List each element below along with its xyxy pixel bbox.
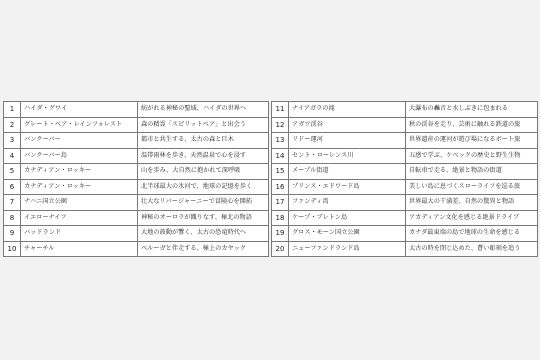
row-number: 8 — [4, 210, 21, 226]
destination-description: 秋の渓谷を走り、芸術に触れる鉄道の旅 — [406, 117, 538, 133]
destination-name: ファンディ湾 — [289, 195, 406, 211]
table-row: 15メープル街道自転車で走る、絶景と物語の街道 — [272, 164, 538, 180]
destinations-table-right: 11ナイアガラの滝大瀑布の轟音と水しぶきに包まれる12アガワ渓谷秋の渓谷を走り、… — [271, 101, 538, 257]
destination-description: 美しい島に息づくスローライフを巡る旅 — [406, 179, 538, 195]
destination-name: ニューファンドランド島 — [289, 241, 406, 257]
destinations-table-left: 1ハイダ・グワイ紡がれる神秘の聖域、ハイダの世界へ2グレート・ベア・レインフォレ… — [3, 101, 269, 257]
destination-name: ナイアガラの滝 — [289, 102, 406, 118]
destination-description: 太古の時を閉じ込めた、蒼い彫刻を追う — [406, 241, 538, 257]
destination-name: ナハニ国立公園 — [21, 195, 138, 211]
table-row: 10チャーチルベルーガと伴走する、極上のカヤック — [4, 241, 269, 257]
destination-description: 壮大なリバージャーニーで冒険心を開拓 — [138, 195, 269, 211]
destination-name: イエローナイフ — [21, 210, 138, 226]
table-row: 18ケープ・ブレトン島アカディアン文化を感じる絶景ドライブ — [272, 210, 538, 226]
destination-description: 紡がれる神秘の聖域、ハイダの世界へ — [138, 102, 269, 118]
table-row: 6カナディアン・ロッキー北半球最大の氷河で、地球の記憶を歩く — [4, 179, 269, 195]
destination-name: ケープ・ブレトン島 — [289, 210, 406, 226]
table-row: 20ニューファンドランド島太古の時を閉じ込めた、蒼い彫刻を追う — [272, 241, 538, 257]
table-row: 1ハイダ・グワイ紡がれる神秘の聖域、ハイダの世界へ — [4, 102, 269, 118]
row-number: 7 — [4, 195, 21, 211]
destination-description: 大地の鼓動が響く、太古の恐竜時代へ — [138, 226, 269, 242]
table-row: 17ファンディ湾世界最大の干満差、自然の驚異と物語 — [272, 195, 538, 211]
destination-name: バッドランド — [21, 226, 138, 242]
row-number: 3 — [4, 133, 21, 149]
destination-name: ハイダ・グワイ — [21, 102, 138, 118]
table-row: 8イエローナイフ神秘のオーロラが織りなす、極北の物語 — [4, 210, 269, 226]
destination-description: 大瀑布の轟音と水しぶきに包まれる — [406, 102, 538, 118]
row-number: 14 — [272, 148, 289, 164]
destination-name: リドー運河 — [289, 133, 406, 149]
row-number: 16 — [272, 179, 289, 195]
row-number: 19 — [272, 226, 289, 242]
destination-name: グロス・モーン国立公園 — [289, 226, 406, 242]
row-number: 2 — [4, 117, 21, 133]
row-number: 15 — [272, 164, 289, 180]
row-number: 11 — [272, 102, 289, 118]
table-row: 16プリンス・エドワード島美しい島に息づくスローライフを巡る旅 — [272, 179, 538, 195]
destination-description: 山を歩み、大自然に抱かれて深呼吸 — [138, 164, 269, 180]
destination-description: 温帯雨林を歩き、天然温泉で心を浸す — [138, 148, 269, 164]
table-row: 4バンクーバー島温帯雨林を歩き、天然温泉で心を浸す — [4, 148, 269, 164]
destination-description: 神秘のオーロラが織りなす、極北の物語 — [138, 210, 269, 226]
destination-name: グレート・ベア・レインフォレスト — [21, 117, 138, 133]
table-row: 7ナハニ国立公園壮大なリバージャーニーで冒険心を開拓 — [4, 195, 269, 211]
table-row: 5カナディアン・ロッキー山を歩み、大自然に抱かれて深呼吸 — [4, 164, 269, 180]
row-number: 13 — [272, 133, 289, 149]
row-number: 20 — [272, 241, 289, 257]
table-row: 11ナイアガラの滝大瀑布の轟音と水しぶきに包まれる — [272, 102, 538, 118]
destination-name: アガワ渓谷 — [289, 117, 406, 133]
table-row: 2グレート・ベア・レインフォレスト森の精霊「スピリットベア」と出会う — [4, 117, 269, 133]
destination-name: バンクーバー島 — [21, 148, 138, 164]
table-row: 14セント・ローレンス川五感で学ぶ、ケベックの歴史と野生生物 — [272, 148, 538, 164]
destination-name: カナディアン・ロッキー — [21, 179, 138, 195]
destination-description: 世界最大の干満差、自然の驚異と物語 — [406, 195, 538, 211]
destination-description: 自転車で走る、絶景と物語の街道 — [406, 164, 538, 180]
row-number: 17 — [272, 195, 289, 211]
destination-name: セント・ローレンス川 — [289, 148, 406, 164]
destination-description: 世界遺産の運河が遊び場になるボート旅 — [406, 133, 538, 149]
table-row: 12アガワ渓谷秋の渓谷を走り、芸術に触れる鉄道の旅 — [272, 117, 538, 133]
row-number: 12 — [272, 117, 289, 133]
destination-name: チャーチル — [21, 241, 138, 257]
row-number: 4 — [4, 148, 21, 164]
row-number: 5 — [4, 164, 21, 180]
row-number: 9 — [4, 226, 21, 242]
table-row: 19グロス・モーン国立公園カナダ最東端の島で地球の生命を感じる — [272, 226, 538, 242]
destination-name: プリンス・エドワード島 — [289, 179, 406, 195]
destination-description: カナダ最東端の島で地球の生命を感じる — [406, 226, 538, 242]
table-row: 9バッドランド大地の鼓動が響く、太古の恐竜時代へ — [4, 226, 269, 242]
destination-description: 北半球最大の氷河で、地球の記憶を歩く — [138, 179, 269, 195]
table-row: 3バンクーバー都市と共生する、太古の森と巨木 — [4, 133, 269, 149]
destination-name: カナディアン・ロッキー — [21, 164, 138, 180]
destination-name: メープル街道 — [289, 164, 406, 180]
row-number: 1 — [4, 102, 21, 118]
destination-description: 森の精霊「スピリットベア」と出会う — [138, 117, 269, 133]
row-number: 6 — [4, 179, 21, 195]
destination-description: ベルーガと伴走する、極上のカヤック — [138, 241, 269, 257]
destination-description: アカディアン文化を感じる絶景ドライブ — [406, 210, 538, 226]
row-number: 18 — [272, 210, 289, 226]
destination-name: バンクーバー — [21, 133, 138, 149]
destination-description: 都市と共生する、太古の森と巨木 — [138, 133, 269, 149]
row-number: 10 — [4, 241, 21, 257]
destination-description: 五感で学ぶ、ケベックの歴史と野生生物 — [406, 148, 538, 164]
table-row: 13リドー運河世界遺産の運河が遊び場になるボート旅 — [272, 133, 538, 149]
